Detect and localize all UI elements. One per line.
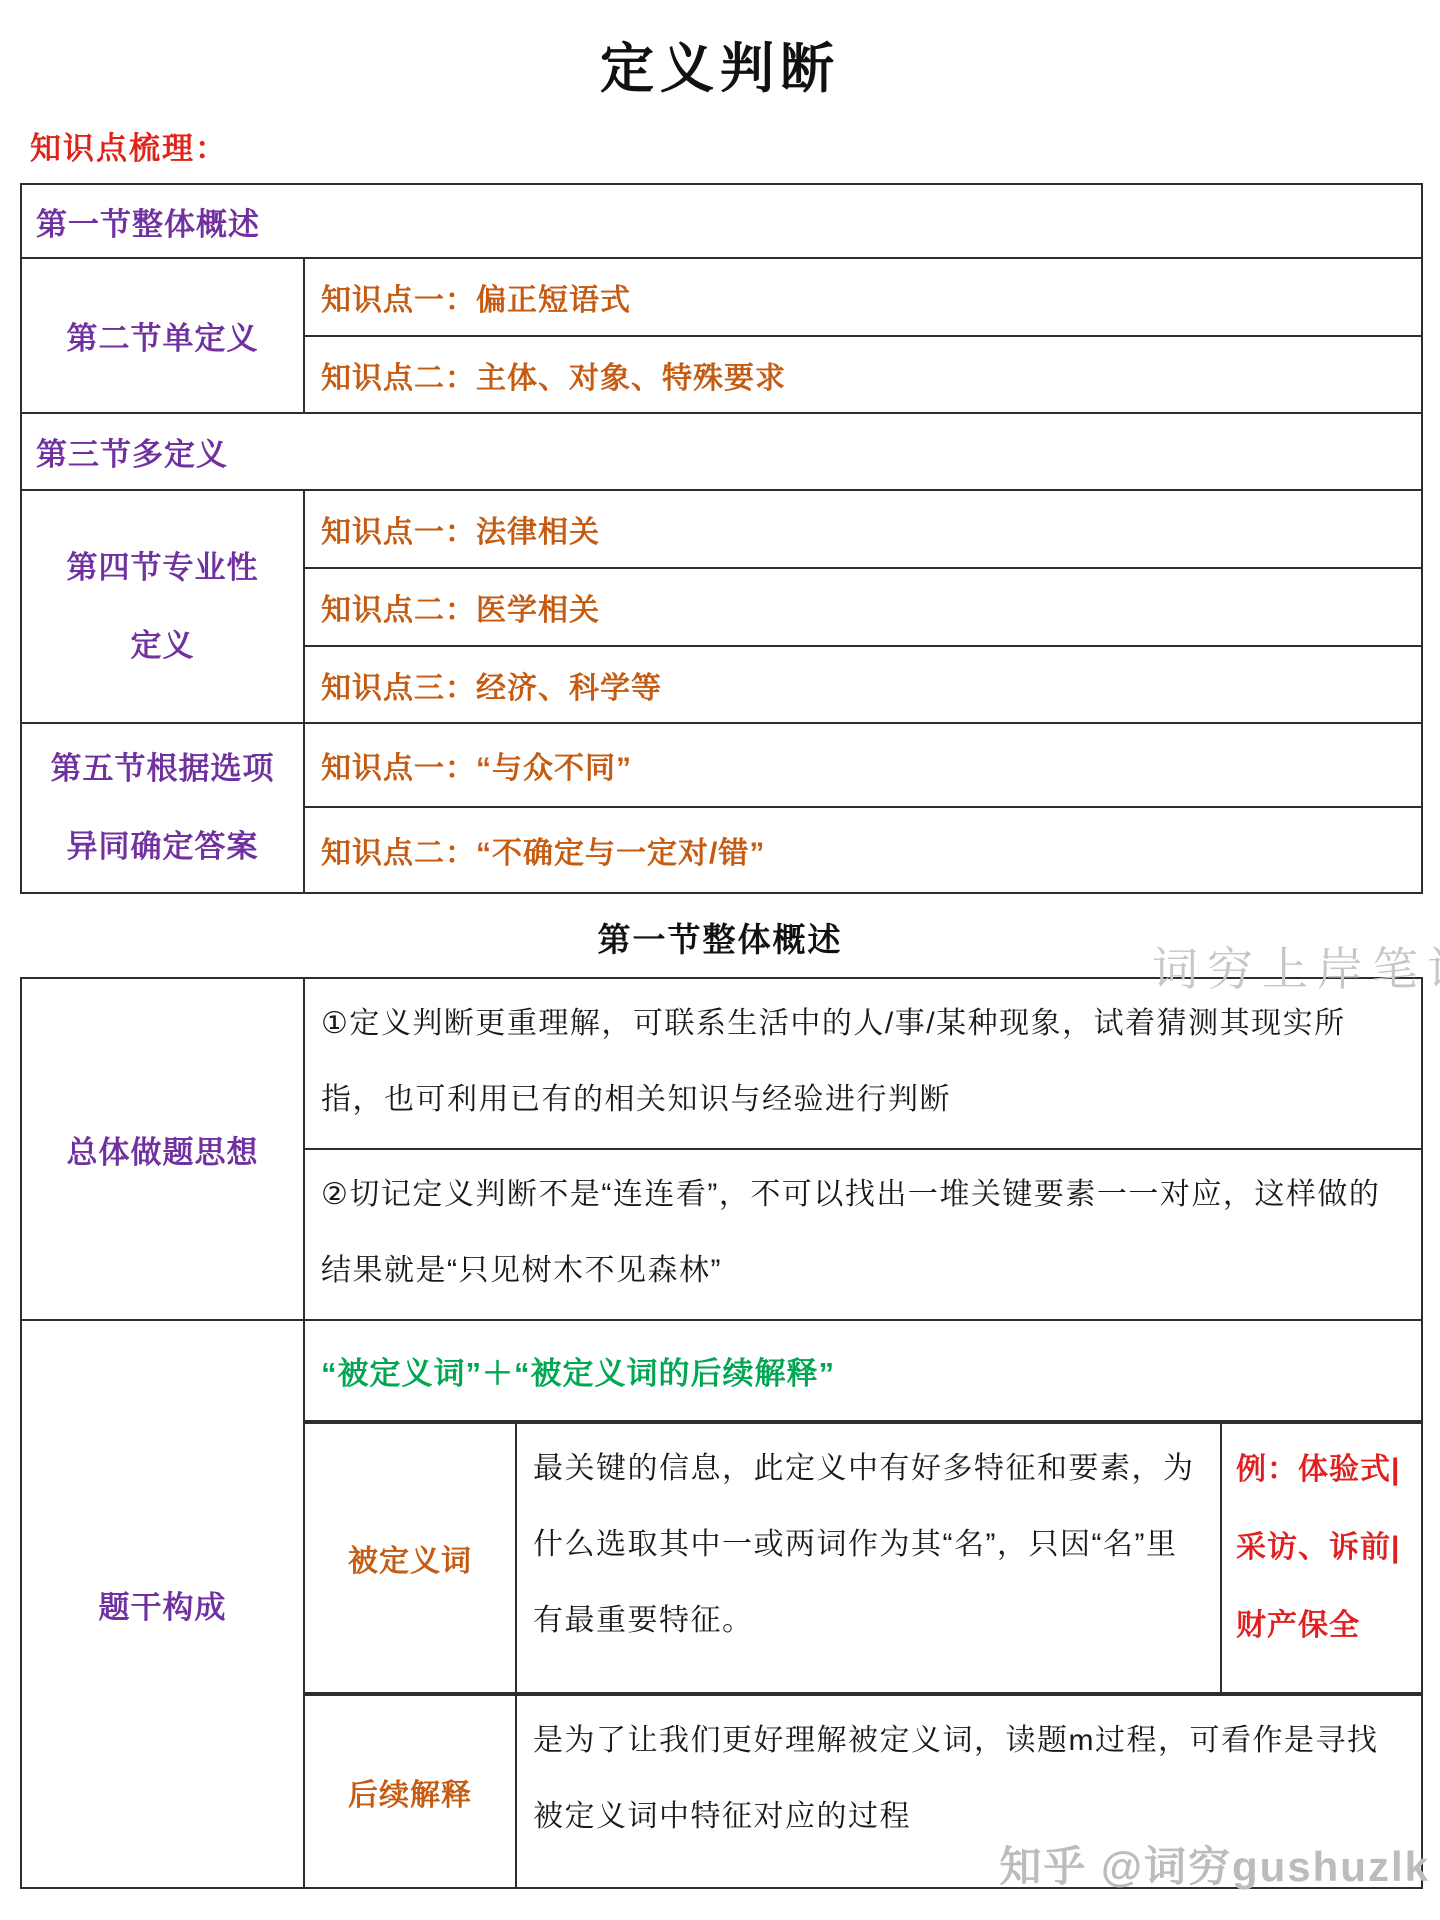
toc-point: 知识点二：医学相关	[304, 568, 1422, 646]
watermark-top: 词穷上岸笔记	[1152, 933, 1440, 999]
desc-defined-word: 最关键的信息，此定义中有好多特征和要素，为什么选取其中一或两词作为其“名”，只因…	[516, 1422, 1221, 1694]
toc-section-4: 第四节专业性 定义	[21, 490, 304, 723]
toc-point: 知识点三：经济、科学等	[304, 646, 1422, 723]
toc-section-5-line1: 第五节根据选项	[30, 730, 295, 808]
toc-point: 知识点一：“与众不同”	[304, 723, 1422, 807]
overview-row2-label: 题干构成	[21, 1320, 304, 1888]
toc-section-3: 第三节多定义	[21, 413, 1422, 490]
example-cell: 例：体验式| 采访、诉前| 财产保全	[1221, 1422, 1422, 1694]
toc-point: 知识点一：法律相关	[304, 490, 1422, 568]
toc-section-2: 第二节单定义	[21, 258, 304, 413]
page-title: 定义判断	[0, 26, 1440, 103]
toc-section-4-line1: 第四节专业性	[30, 529, 295, 607]
toc-table: 第一节整体概述 第二节单定义 知识点一：偏正短语式 知识点二：主体、对象、特殊要…	[20, 183, 1423, 894]
formula-text: “被定义词”＋“被定义词的后续解释”	[304, 1320, 1422, 1422]
overview-row1-label: 总体做题思想	[21, 978, 304, 1320]
overview-idea-2: ②切记定义判断不是“连连看”，不可以找出一堆关键要素一一对应，这样做的结果就是“…	[304, 1149, 1422, 1320]
toc-point: 知识点二：主体、对象、特殊要求	[304, 336, 1422, 413]
toc-section-4-line2: 定义	[30, 607, 295, 685]
term-follow-up: 后续解释	[304, 1694, 516, 1888]
example-line: 财产保全	[1236, 1587, 1415, 1665]
toc-section-5: 第五节根据选项 异同确定答案	[21, 723, 304, 893]
toc-section-5-line2: 异同确定答案	[30, 808, 295, 886]
example-line: 例：体验式|	[1236, 1431, 1415, 1509]
overview-table: 总体做题思想 ①定义判断更重理解，可联系生活中的人/事/某种现象，试着猜测其现实…	[20, 977, 1423, 1889]
watermark-bottom: 知乎 @词穷gushuzlk	[999, 1834, 1430, 1894]
example-line: 采访、诉前|	[1236, 1509, 1415, 1587]
toc-point: 知识点二：“不确定与一定对/错”	[304, 807, 1422, 893]
outline-label: 知识点梳理：	[30, 123, 1440, 168]
overview-idea-1: ①定义判断更重理解，可联系生活中的人/事/某种现象，试着猜测其现实所指，也可利用…	[304, 978, 1422, 1149]
toc-section-1: 第一节整体概述	[21, 184, 1422, 258]
toc-point: 知识点一：偏正短语式	[304, 258, 1422, 336]
term-defined-word: 被定义词	[304, 1422, 516, 1694]
